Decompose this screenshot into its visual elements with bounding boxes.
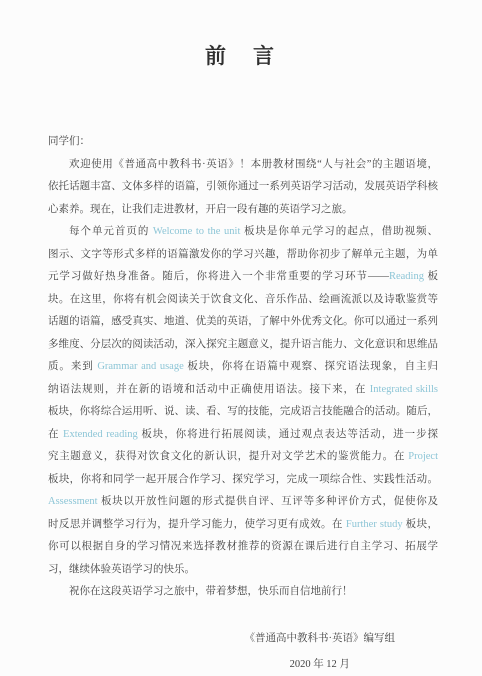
text-run: 板块，你将在语篇中观察、探究语法现象，自主归 (184, 361, 438, 372)
text-line: 欢迎使用《普通高中教科书·英语》！本册教材围绕“人与社会”的主题语境， (48, 154, 438, 177)
text-line: 板块，你将综合运用听、说、读、看、写的技能，完成语言技能融合的活动。随后， (48, 401, 438, 424)
text-run: 同学们： (48, 136, 90, 147)
text-line: 元学习做好热身准备。随后，你将进入一个非常重要的学习环节——Reading 板 (48, 266, 438, 289)
text-line: 每个单元首页的 Welcome to the unit 板块是你单元学习的起点，… (48, 221, 438, 244)
text-run: 块。在这里，你将有机会阅读关于饮食文化、音乐作品、绘画流派以及诗歌鉴赏等 (48, 294, 438, 305)
text-line: 究主题意义，获得对饮食文化的新认识，提升对文学艺术的鉴赏能力。在 Project (48, 446, 438, 469)
text-run: 板块， (403, 519, 438, 530)
text-run: 在 (48, 429, 63, 440)
text-line: 祝你在这段英语学习之旅中，带着梦想，快乐而自信地前行！ (48, 581, 438, 604)
highlighted-section-term: Welcome to the unit (153, 226, 241, 237)
highlighted-section-term: Assessment (48, 496, 98, 507)
text-line: 纳语法规则，并在新的语境和活动中正确使用语法。接下来，在 Integrated … (48, 379, 438, 402)
text-run: 板块，你将和同学一起开展合作学习、探究学习，完成一项综合性、实践性活动。 (48, 474, 438, 485)
text-run: 依托话题丰富、文体多样的语篇，引领你通过一系列英语学习活动，发展英语学科核 (48, 181, 438, 192)
body-text: 同学们：欢迎使用《普通高中教科书·英语》！本册教材围绕“人与社会”的主题语境，依… (48, 131, 438, 604)
text-run: 图示、文字等形式多样的语篇激发你的学习兴趣，帮助你初步了解单元主题，为单 (48, 249, 438, 260)
text-line: 习，继续体验英语学习的快乐。 (48, 559, 438, 582)
text-run: 板块是你单元学习的起点，借助视频、 (240, 226, 438, 237)
text-run: 究主题意义，获得对饮食文化的新认识，提升对文学艺术的鉴赏能力。在 (48, 451, 408, 462)
text-line: 在 Extended reading 板块，你将进行拓展阅读，通过观点表达等活动… (48, 424, 438, 447)
text-line: 质。来到 Grammar and usage 板块，你将在语篇中观察、探究语法现… (48, 356, 438, 379)
text-run: 每个单元首页的 (69, 226, 153, 237)
text-run: 纳语法规则，并在新的语境和活动中正确使用语法。接下来，在 (48, 384, 370, 395)
text-line: 时反思并调整学习行为，提升学习能力，使学习更有成效。在 Further stud… (48, 514, 438, 537)
highlighted-section-term: Integrated skills (370, 384, 438, 395)
text-line: 块。在这里，你将有机会阅读关于饮食文化、音乐作品、绘画流派以及诗歌鉴赏等 (48, 289, 438, 312)
text-run: 欢迎使用《普通高中教科书·英语》！本册教材围绕“人与社会”的主题语境， (69, 159, 438, 170)
text-line: 心素养。现在，让我们走进教材，开启一段有趣的英语学习之旅。 (48, 199, 438, 222)
text-run: 话题的语篇，感受真实、地道、优美的英语，了解中外优秀文化。你可以通过一系列 (48, 316, 438, 327)
closing-block: 《普通高中教科书·英语》编写组 2020 年 12 月 (245, 626, 396, 676)
text-run: 板 (424, 271, 438, 282)
highlighted-section-term: Further study (346, 519, 403, 530)
text-run: 板块，你将进行拓展阅读，通过观点表达等活动，进一步探 (138, 429, 438, 440)
text-run: 板块，你将综合运用听、说、读、看、写的技能，完成语言技能融合的活动。随后， (48, 406, 438, 417)
preface-page: 前 言 同学们：欢迎使用《普通高中教科书·英语》！本册教材围绕“人与社会”的主题… (0, 0, 482, 676)
text-line: Assessment 板块以开放性问题的形式提供自评、互评等多种评价方式，促使你… (48, 491, 438, 514)
text-run: 你可以根据自身的学习情况来选择教材推荐的资源在课后进行自主学习、拓展学 (48, 541, 438, 552)
text-run: 多维度、分层次的阅读活动，深入探究主题意义，提升语言能力、文化意识和思维品 (48, 339, 438, 350)
highlighted-section-term: Grammar and usage (97, 361, 183, 372)
signature: 《普通高中教科书·英语》编写组 (245, 626, 396, 652)
text-run: 心素养。现在，让我们走进教材，开启一段有趣的英语学习之旅。 (48, 204, 353, 215)
text-run: 习，继续体验英语学习的快乐。 (48, 564, 195, 575)
page-title: 前 言 (0, 40, 482, 70)
highlighted-section-term: Project (408, 451, 438, 462)
text-line: 话题的语篇，感受真实、地道、优美的英语，了解中外优秀文化。你可以通过一系列 (48, 311, 438, 334)
text-line: 板块，你将和同学一起开展合作学习、探究学习，完成一项综合性、实践性活动。 (48, 469, 438, 492)
text-run: 质。来到 (48, 361, 97, 372)
text-line: 多维度、分层次的阅读活动，深入探究主题意义，提升语言能力、文化意识和思维品 (48, 334, 438, 357)
text-line: 图示、文字等形式多样的语篇激发你的学习兴趣，帮助你初步了解单元主题，为单 (48, 244, 438, 267)
highlighted-section-term: Reading (389, 271, 424, 282)
text-run: 元学习做好热身准备。随后，你将进入一个非常重要的学习环节—— (48, 271, 389, 282)
text-run: 时反思并调整学习行为，提升学习能力，使学习更有成效。在 (48, 519, 346, 530)
text-run: 祝你在这段英语学习之旅中，带着梦想，快乐而自信地前行！ (69, 586, 353, 597)
highlighted-section-term: Extended reading (63, 429, 138, 440)
text-line: 同学们： (48, 131, 438, 154)
text-run: 板块以开放性问题的形式提供自评、互评等多种评价方式，促使你及 (98, 496, 438, 507)
text-line: 你可以根据自身的学习情况来选择教材推荐的资源在课后进行自主学习、拓展学 (48, 536, 438, 559)
text-line: 依托话题丰富、文体多样的语篇，引领你通过一系列英语学习活动，发展英语学科核 (48, 176, 438, 199)
date: 2020 年 12 月 (245, 652, 396, 676)
